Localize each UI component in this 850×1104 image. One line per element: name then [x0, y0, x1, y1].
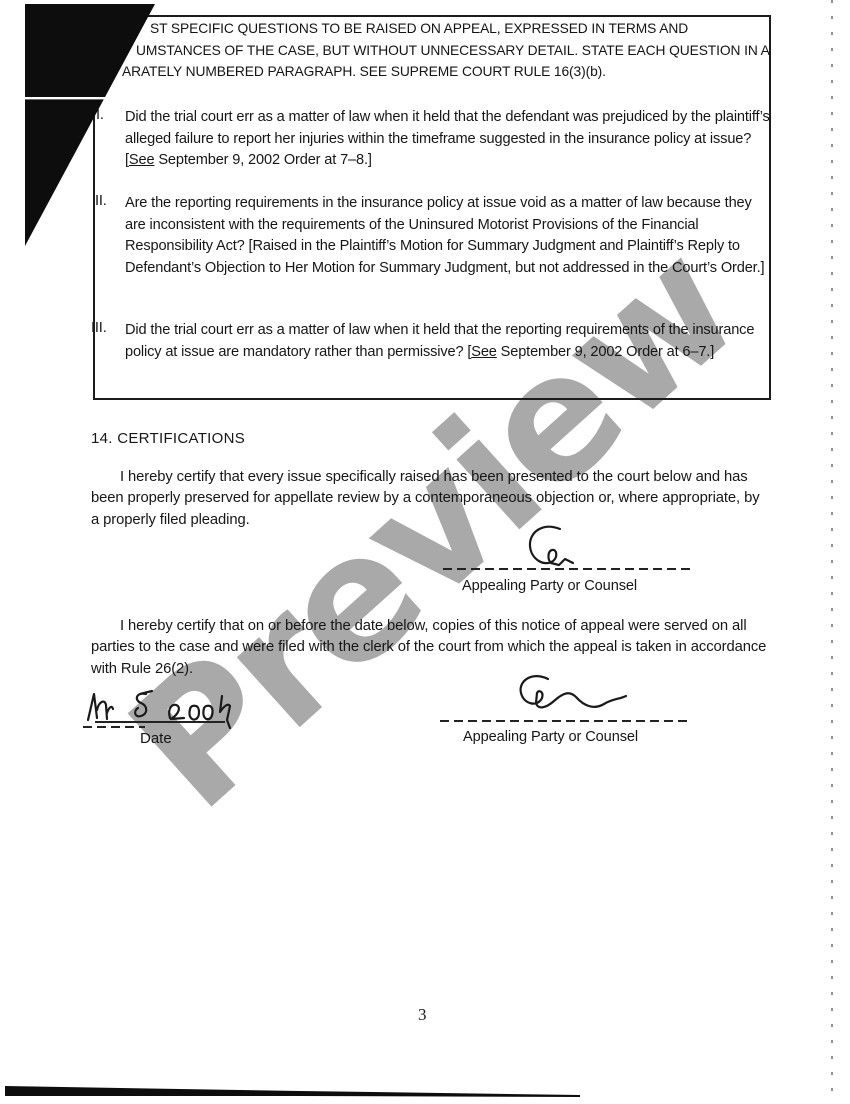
certifications-heading: 14. CERTIFICATIONS — [91, 430, 245, 447]
question-2-text: Are the reporting requirements in the in… — [125, 193, 775, 279]
scanned-document-page: Preview ST SPECIFIC QUESTIONS TO BE RAIS… — [0, 0, 850, 1104]
signature-1-label: Appealing Party or Counsel — [462, 578, 637, 594]
signature-line-1 — [443, 568, 691, 570]
certification-paragraph-1: I hereby certify that every issue specif… — [91, 467, 771, 531]
question-2-numeral: II. — [95, 193, 107, 209]
scan-edge-dots — [831, 0, 833, 1104]
signature-2-handwriting — [508, 671, 635, 717]
questions-box-header-line-2: UMSTANCES OF THE CASE, BUT WITHOUT UNNEC… — [136, 43, 770, 58]
bottom-wedge-artifact — [5, 1086, 580, 1097]
question-1-numeral: I. — [96, 107, 104, 123]
date-underline — [95, 721, 225, 723]
date-dashed-line — [83, 726, 145, 728]
certification-paragraph-2: I hereby certify that on or before the d… — [91, 616, 771, 680]
signature-1-handwriting — [505, 524, 597, 572]
question-1-text: Did the trial court err as a matter of l… — [125, 107, 775, 172]
questions-box-header-line-3: ARATELY NUMBERED PARAGRAPH. SEE SUPREME … — [122, 64, 606, 79]
page-number: 3 — [418, 1005, 427, 1025]
signature-2-label: Appealing Party or Counsel — [463, 729, 638, 745]
signature-line-2 — [440, 720, 689, 722]
question-3-numeral: III. — [91, 320, 107, 336]
question-3-text: Did the trial court err as a matter of l… — [125, 320, 775, 363]
questions-box-header-line-1: ST SPECIFIC QUESTIONS TO BE RAISED ON AP… — [150, 21, 688, 36]
date-label: Date — [140, 730, 172, 747]
